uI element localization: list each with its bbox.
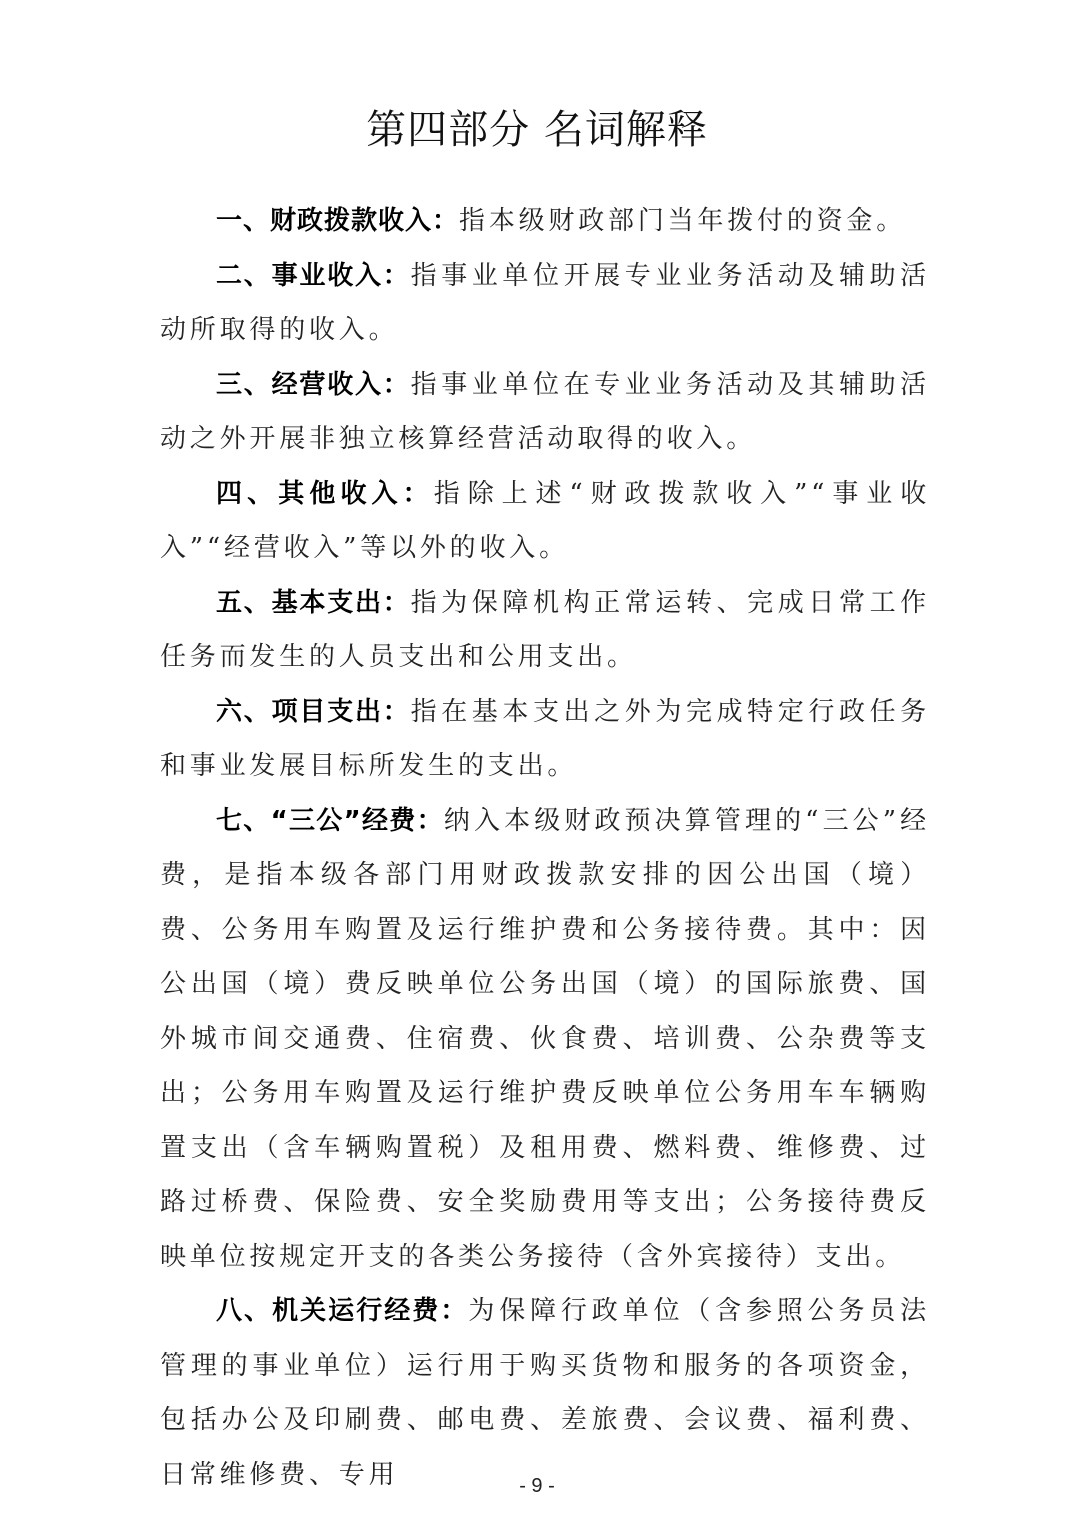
definition-text: 纳入本级财政预决算管理的“三公”经费，是指本级各部门用财政拨款安排的因公出国（境… bbox=[160, 806, 930, 1272]
definition-term: 七、“三公”经费： bbox=[216, 806, 444, 836]
definition-term: 八、机关运行经费： bbox=[216, 1296, 468, 1326]
page-number: - 9 - bbox=[0, 1475, 1074, 1498]
definition-paragraph: 八、机关运行经费：为保障行政单位（含参照公务员法管理的事业单位）运行用于购买货物… bbox=[160, 1284, 930, 1502]
page-title: 第四部分 名词解释 bbox=[0, 100, 1074, 160]
definition-paragraph: 一、财政拨款收入：指本级财政部门当年拨付的资金。 bbox=[160, 194, 930, 249]
definition-paragraph: 六、项目支出：指在基本支出之外为完成特定行政任务和事业发展目标所发生的支出。 bbox=[160, 685, 930, 794]
document-page: 第四部分 名词解释 一、财政拨款收入：指本级财政部门当年拨付的资金。 二、事业收… bbox=[0, 0, 1074, 1520]
definition-paragraph: 三、经营收入：指事业单位在专业业务活动及其辅助活动之外开展非独立核算经营活动取得… bbox=[160, 358, 930, 467]
definition-term: 一、财政拨款收入： bbox=[216, 206, 459, 236]
definition-term: 六、项目支出： bbox=[216, 697, 411, 727]
definitions-body: 一、财政拨款收入：指本级财政部门当年拨付的资金。 二、事业收入：指事业单位开展专… bbox=[160, 194, 930, 1502]
definition-term: 三、经营收入： bbox=[216, 370, 411, 400]
definition-text: 指本级财政部门当年拨付的资金。 bbox=[459, 206, 906, 236]
definition-paragraph: 五、基本支出：指为保障机构正常运转、完成日常工作任务而发生的人员支出和公用支出。 bbox=[160, 576, 930, 685]
definition-paragraph: 四、其他收入：指除上述“财政拨款收入”“事业收入”“经营收入”等以外的收入。 bbox=[160, 467, 930, 576]
definition-term: 二、事业收入： bbox=[216, 261, 411, 291]
definition-term: 五、基本支出： bbox=[216, 588, 411, 618]
definition-paragraph: 二、事业收入：指事业单位开展专业业务活动及辅助活动所取得的收入。 bbox=[160, 249, 930, 358]
definition-term: 四、其他收入： bbox=[216, 479, 434, 509]
definition-paragraph: 七、“三公”经费：纳入本级财政预决算管理的“三公”经费，是指本级各部门用财政拨款… bbox=[160, 794, 930, 1285]
